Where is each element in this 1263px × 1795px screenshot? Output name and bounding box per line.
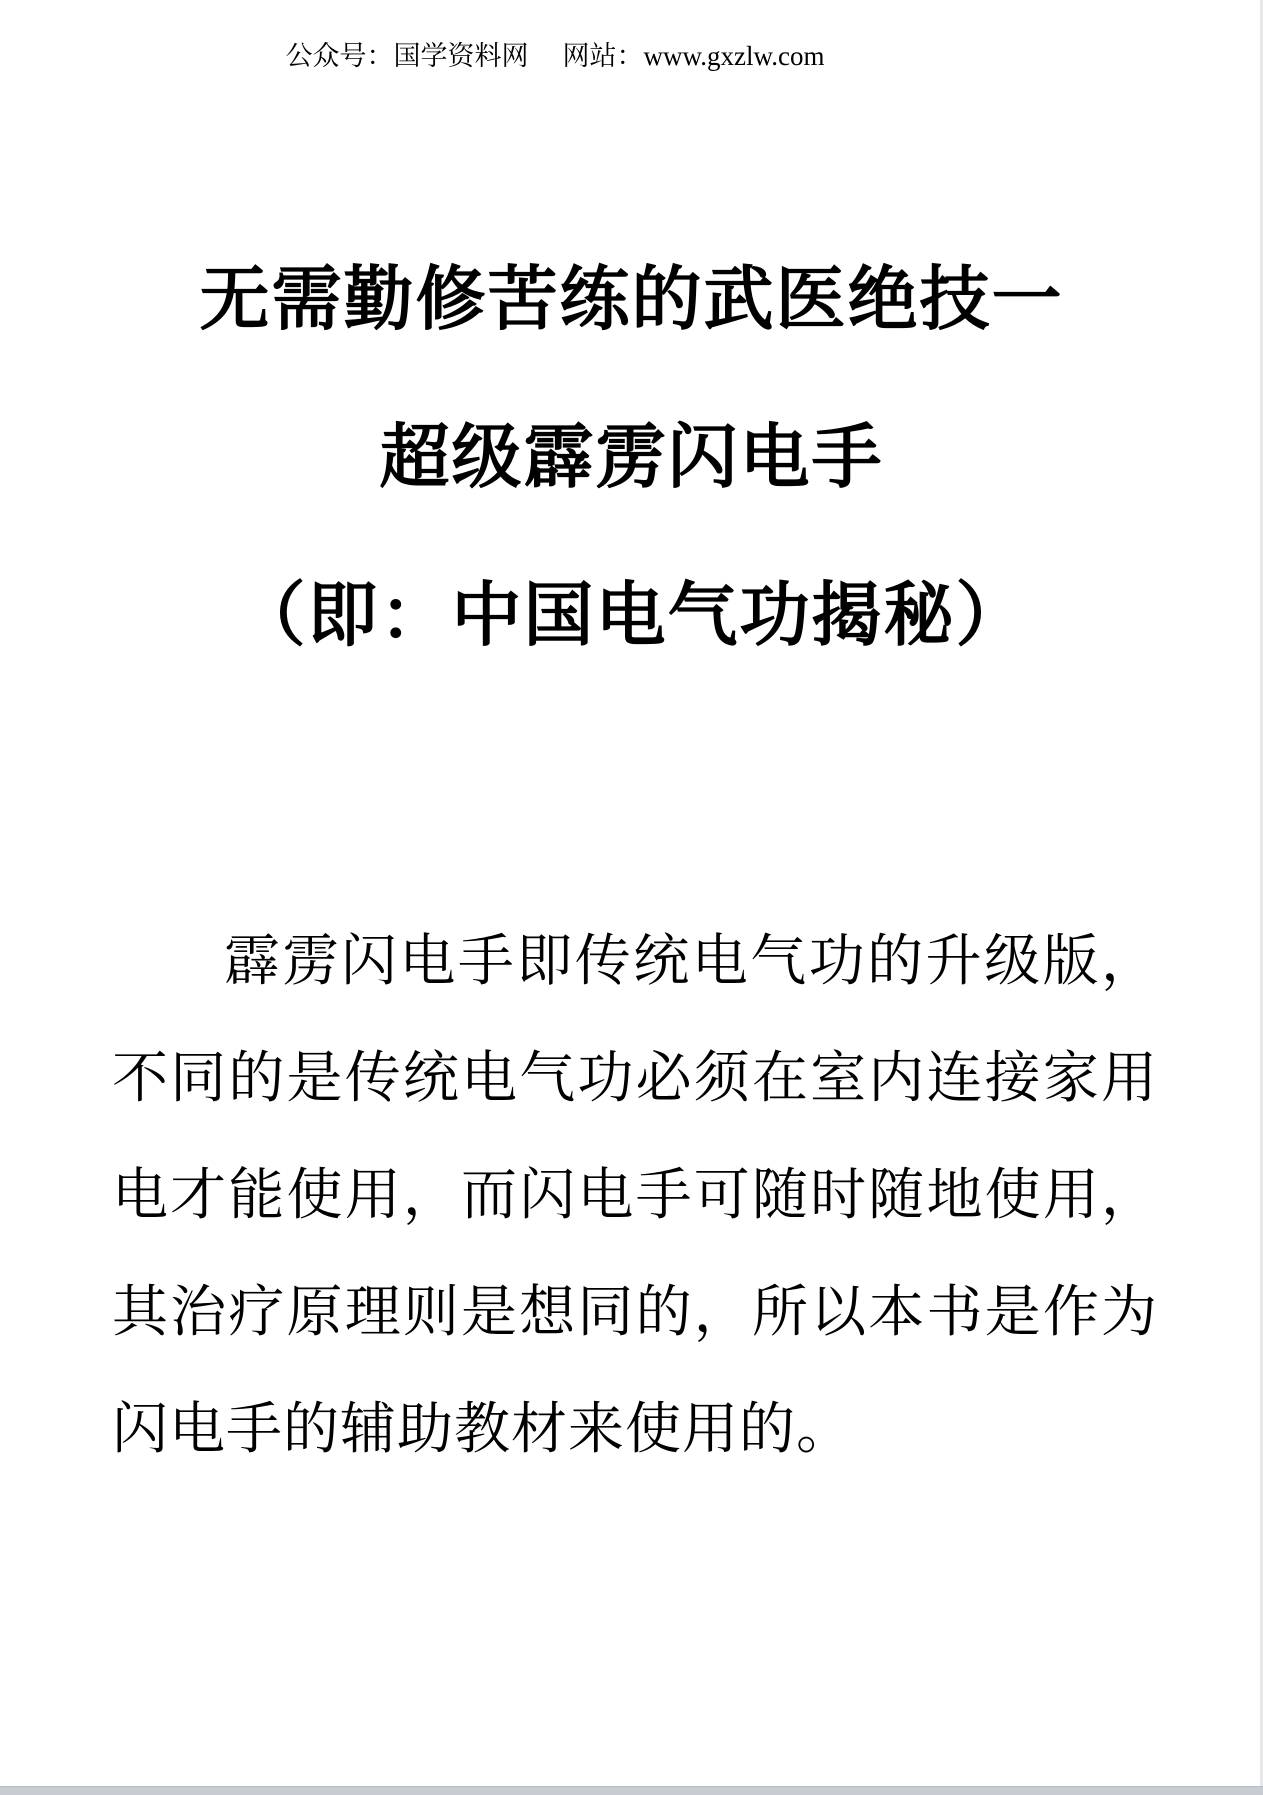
title-line-2: 超级霹雳闪电手 [0,380,1263,538]
body-paragraph: 霹雳闪电手即传统电气功的升级版，不同的是传统电气功必须在室内连接家用电才能使用，… [112,902,1158,1487]
header-website: 网站：www.gxzlw.com [563,41,825,71]
header-wechat-account: 公众号：国学资料网 [286,41,529,71]
title-line-1: 无需勤修苦练的武医绝技一 [0,222,1263,380]
page-header: 公众号：国学资料网网站：www.gxzlw.com [0,34,1110,73]
horizontal-scrollbar[interactable] [0,1786,1263,1795]
document-page: 公众号：国学资料网网站：www.gxzlw.com 无需勤修苦练的武医绝技一 超… [0,0,1263,1795]
title-block: 无需勤修苦练的武医绝技一 超级霹雳闪电手 （即：中国电气功揭秘） [0,222,1263,696]
title-line-3: （即：中国电气功揭秘） [0,538,1263,696]
